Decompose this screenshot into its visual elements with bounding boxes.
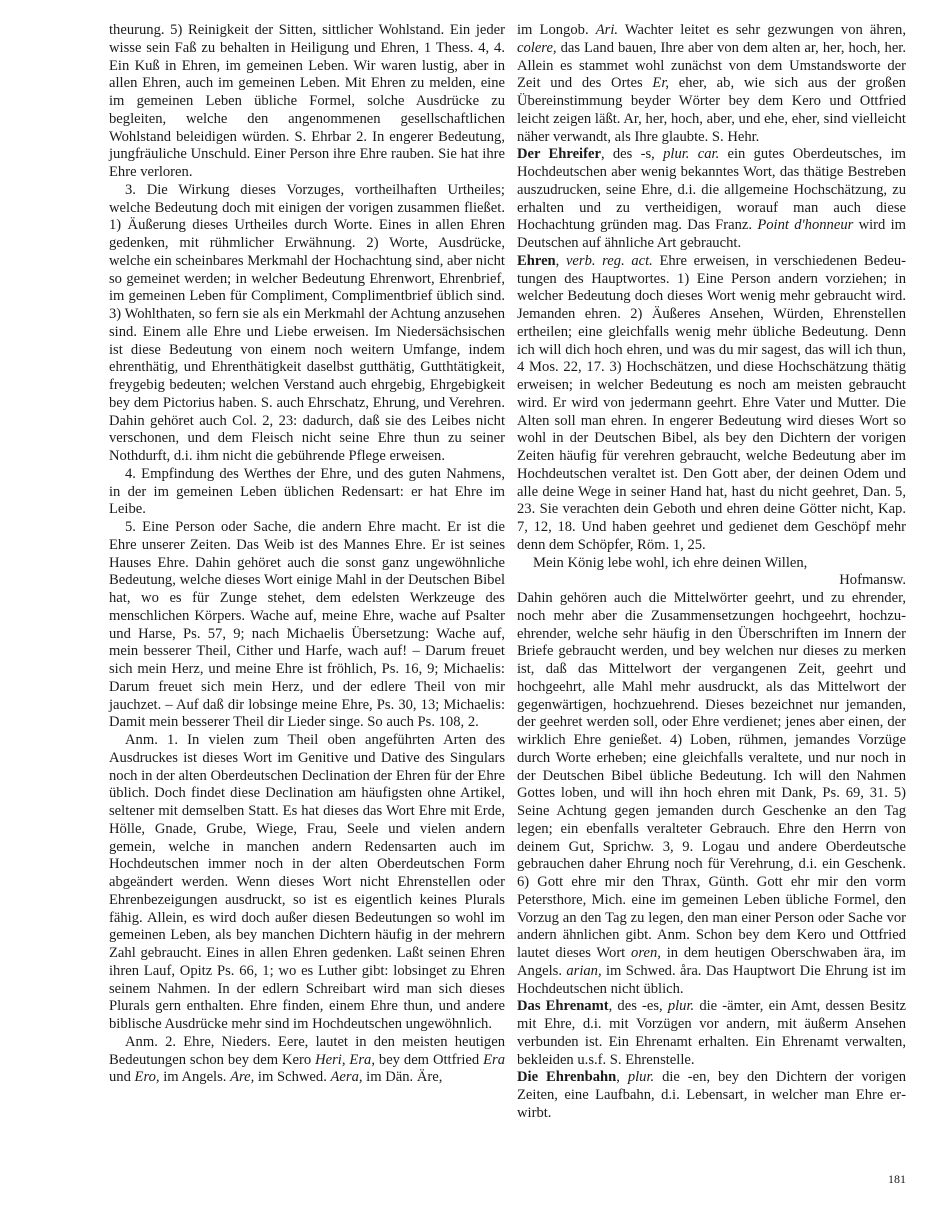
text-run: Dahin gehören auch die Mittelwörter geeh… — [517, 590, 906, 961]
italic-term: Aera, — [331, 1069, 363, 1085]
italic-term: plur. — [628, 1069, 654, 1085]
paragraph: 4. Empfindung des Werthes der Ehre, und … — [109, 466, 505, 519]
italic-term: Ero, — [135, 1069, 160, 1085]
dictionary-entry-das-ehrenamt: Das Ehrenamt, des -es, plur. die -ämter,… — [517, 998, 906, 1069]
text-run: 3. Die Wirkung dieses Vorzuges, vortheil… — [109, 182, 505, 464]
verse-source: Hofmansw. — [517, 572, 906, 590]
page-number: 181 — [870, 1172, 906, 1187]
italic-term: arian, — [566, 963, 601, 979]
headword: Ehren — [517, 253, 556, 269]
dictionary-entry-ehren: Ehren, verb. reg. act. Ehre erweisen, in… — [517, 253, 906, 555]
text-run: theurung. 5) Reinigkeit der Sitten, sitt… — [109, 22, 505, 180]
text-run: im Longob. — [517, 22, 596, 38]
headword: Das Ehrenamt — [517, 998, 609, 1014]
text-run: , des -es, — [609, 998, 668, 1014]
text-run: im Angels. — [160, 1069, 231, 1085]
italic-term: oren, — [631, 945, 661, 961]
paragraph: Anm. 2. Ehre, Nieders. Eere, lautet in d… — [109, 1034, 505, 1087]
text-run: , — [556, 253, 566, 269]
text-run: Anm. 1. In vielen zum Theil oben angefüh… — [109, 732, 505, 1032]
italic-term: Point d'honneur — [757, 217, 853, 233]
paragraph: im Longob. Ari. Wachter leitet es sehr g… — [517, 22, 906, 146]
italic-term: Heri, Era, — [315, 1052, 375, 1068]
italic-term: Era — [483, 1052, 505, 1068]
text-run: 5. Eine Person oder Sache, die andern Eh… — [109, 519, 505, 730]
right-column: im Longob. Ari. Wachter leitet es sehr g… — [517, 22, 906, 1123]
headword: Die Ehrenbahn — [517, 1069, 616, 1085]
left-column: theurung. 5) Reinigkeit der Sitten, sitt… — [109, 22, 505, 1087]
text-run: 4. Empfindung des Werthes der Ehre, und … — [109, 466, 505, 518]
italic-term: Are, — [230, 1069, 254, 1085]
text-run: im Dän. Äre, — [363, 1069, 443, 1085]
dictionary-entry-der-ehreifer: Der Ehreifer, des -s, plur. car. ein gut… — [517, 146, 906, 253]
italic-term: plur. car. — [663, 146, 719, 162]
headword: Der Ehreifer — [517, 146, 601, 162]
paragraph: Dahin gehören auch die Mittelwörter geeh… — [517, 590, 906, 998]
verse-quote: Mein König lebe wohl, ich ehre deinen Wi… — [517, 555, 906, 573]
italic-term: colere, — [517, 40, 557, 56]
italic-term: Er, — [652, 75, 669, 91]
text-run: bey dem Ottfried — [375, 1052, 483, 1068]
text-run: Ehre erweisen, in verschiedenen Bedeu­tu… — [517, 253, 906, 553]
paragraph: Anm. 1. In vielen zum Theil oben angefüh… — [109, 732, 505, 1034]
italic-term: Ari. — [596, 22, 618, 38]
paragraph: 3. Die Wirkung dieses Vorzuges, vortheil… — [109, 182, 505, 466]
text-run: im Schwed. — [254, 1069, 330, 1085]
italic-term: verb. reg. act. — [566, 253, 653, 269]
italic-term: plur. — [668, 998, 694, 1014]
paragraph: 5. Eine Person oder Sache, die andern Eh… — [109, 519, 505, 732]
text-run: , — [616, 1069, 628, 1085]
text-run: , des -s, — [601, 146, 663, 162]
text-run: und — [109, 1069, 135, 1085]
text-run: Wachter leitet es sehr gezwungen von ähr… — [618, 22, 906, 38]
paragraph: theurung. 5) Reinigkeit der Sitten, sitt… — [109, 22, 505, 182]
dictionary-entry-die-ehrenbahn: Die Ehrenbahn, plur. die -en, bey den Di… — [517, 1069, 906, 1122]
